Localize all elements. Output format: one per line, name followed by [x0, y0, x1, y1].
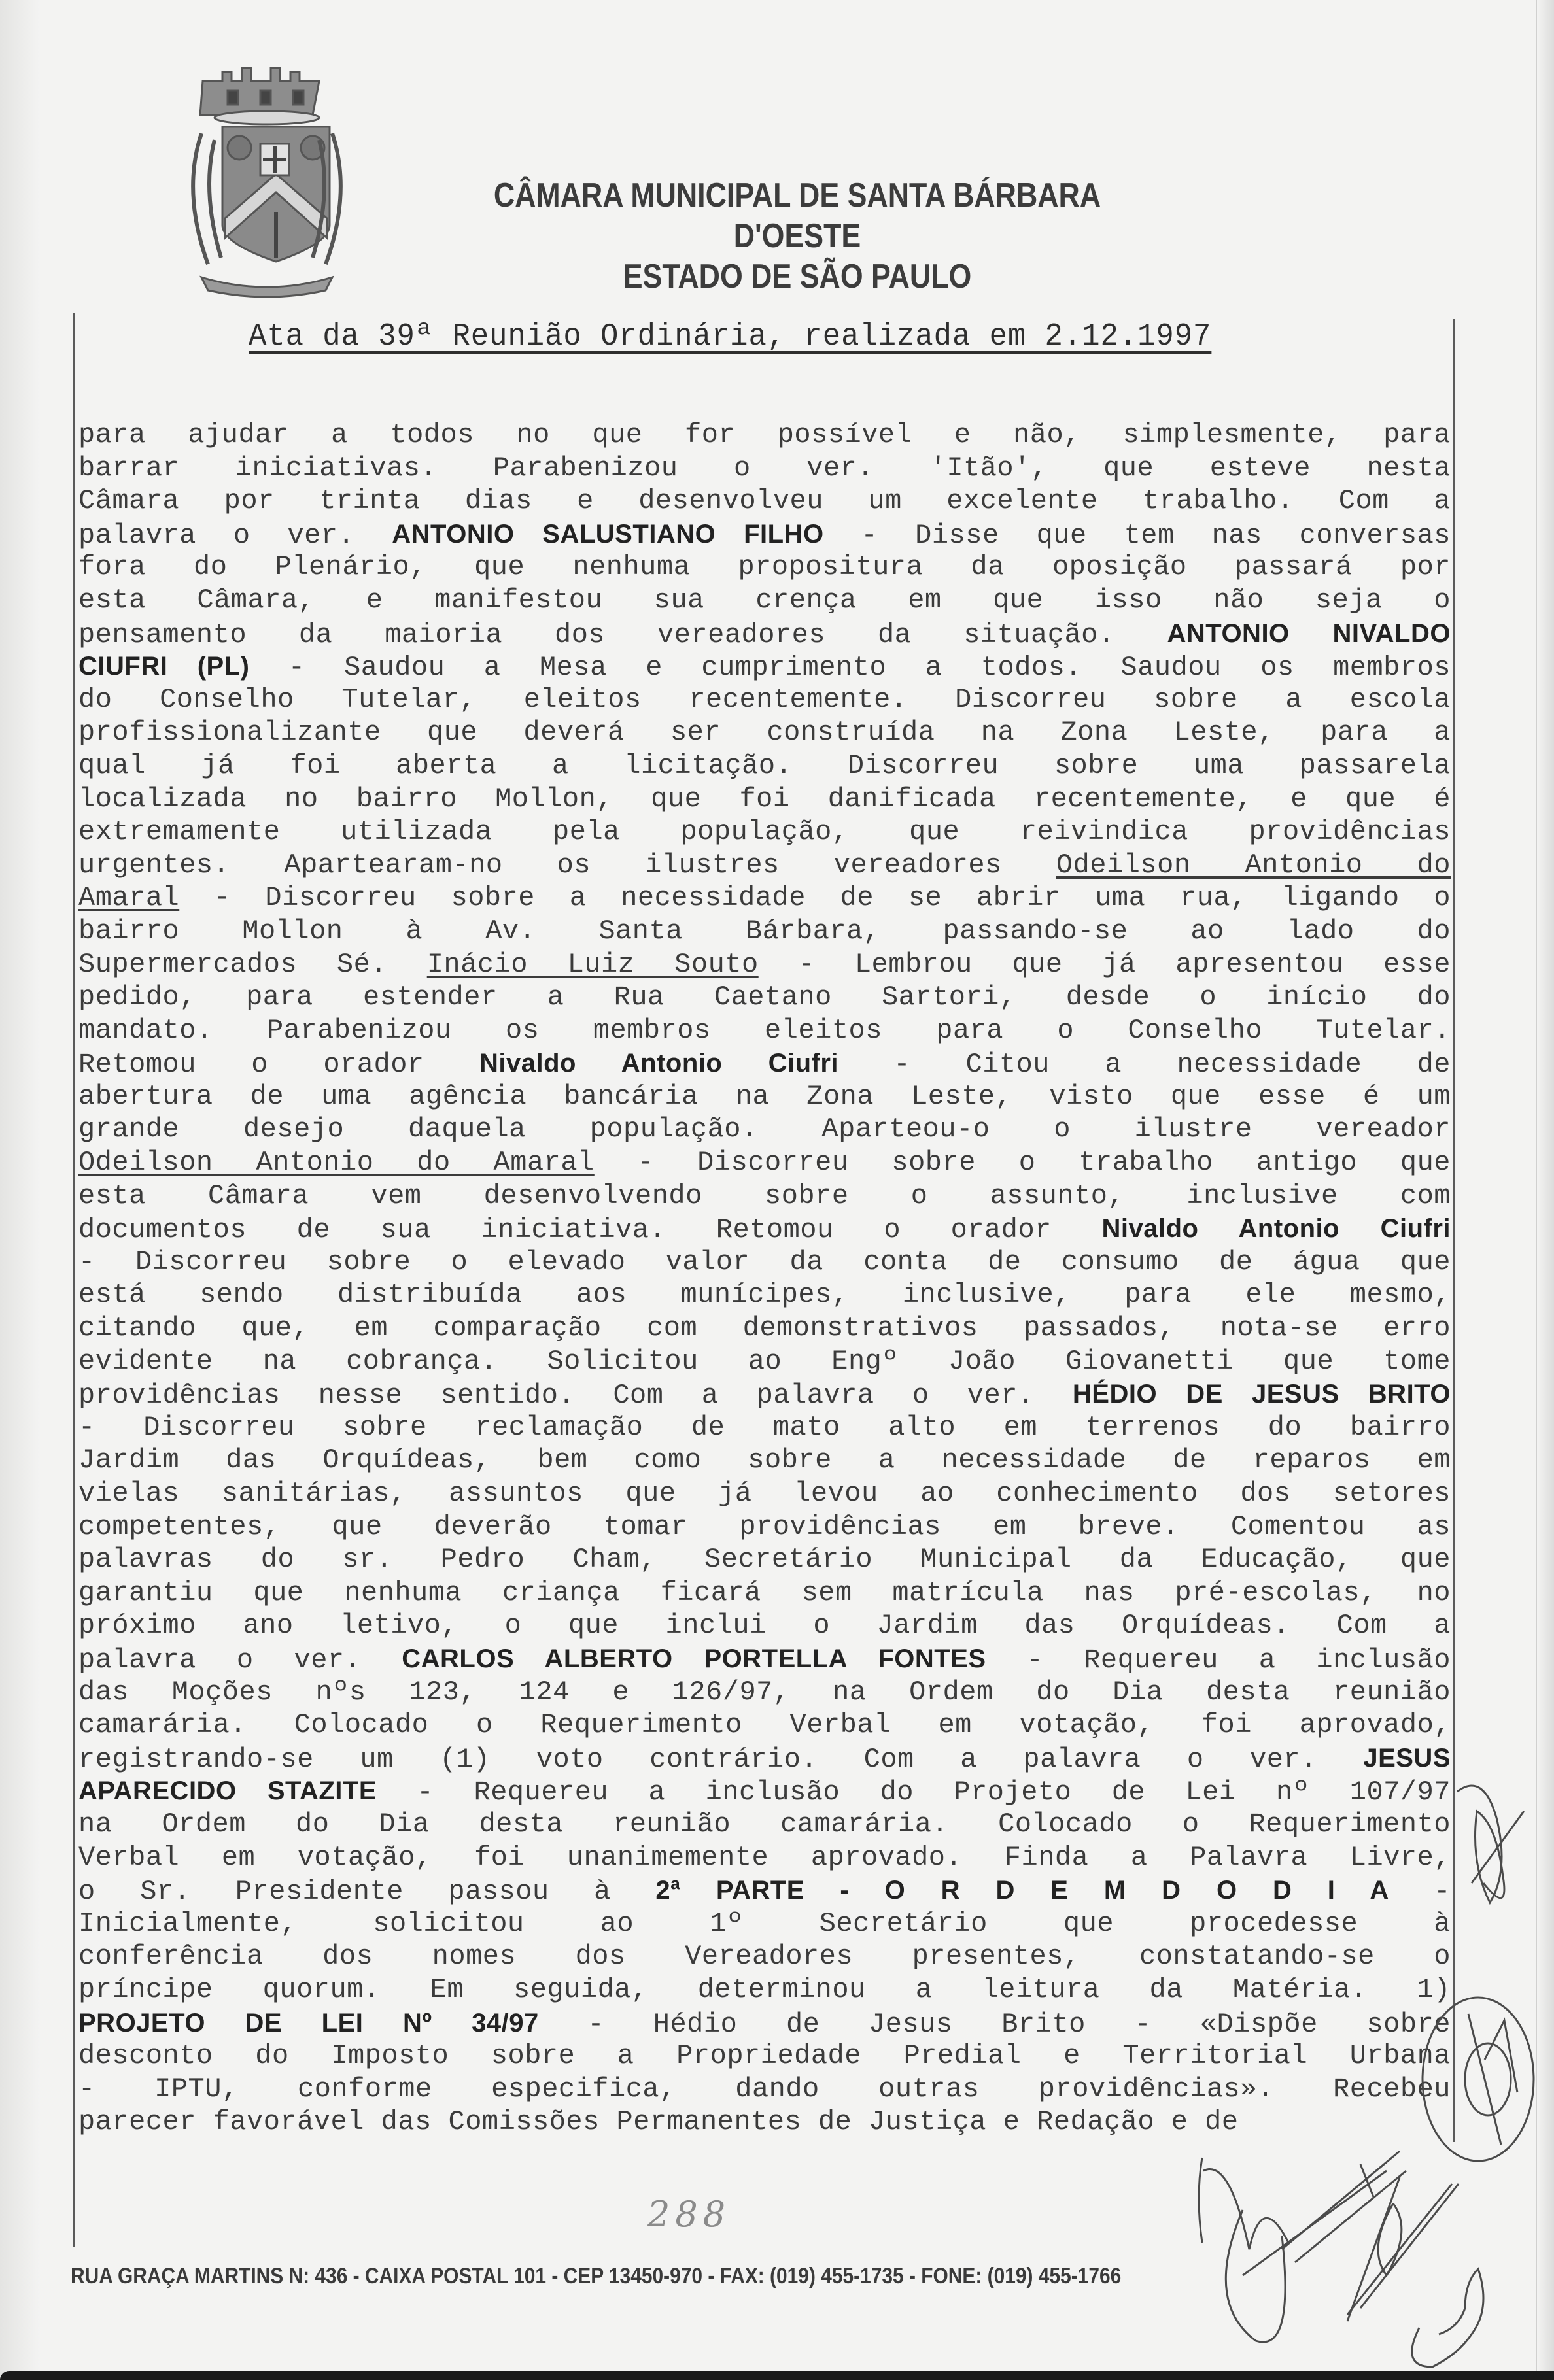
speaker-name: ANTONIO SALUSTIANO FILHO: [392, 520, 823, 549]
text-line: extremamente utilizada pela população, q…: [78, 815, 1451, 849]
signature-initials-right-1-icon: [1457, 1786, 1524, 1903]
municipal-coat-of-arms-icon: [162, 61, 371, 303]
scan-edge-left: [0, 0, 39, 2380]
text-run: Câmara por trinta dias e desenvolveu um …: [78, 485, 1451, 517]
text-line: Amaral - Discorreu sobre a necessidade d…: [78, 881, 1451, 915]
text-run: extremamente utilizada pela população, q…: [78, 816, 1451, 847]
text-run: qual já foi aberta a licitação. Discorre…: [78, 750, 1451, 781]
text-run: - Citou a necessidade de: [838, 1049, 1451, 1080]
text-line: grande desejo daquela população. Aparteo…: [78, 1113, 1451, 1146]
text-run: - Discorreu sobre o elevado valor da con…: [78, 1246, 1451, 1278]
text-run: fora do Plenário, que nenhuma propositur…: [78, 551, 1451, 583]
text-line: vielas sanitárias, assuntos que já levou…: [78, 1477, 1451, 1510]
speaker-name: HÉDIO DE JESUS BRITO: [1073, 1380, 1451, 1408]
text-line: palavra o ver. CARLOS ALBERTO PORTELLA F…: [78, 1642, 1451, 1676]
letterhead: CÂMARA MUNICIPAL DE SANTA BÁRBARA D'OEST…: [432, 175, 1163, 297]
text-run: vielas sanitárias, assuntos que já levou…: [78, 1478, 1451, 1509]
text-run: - Requereu a inclusão: [986, 1644, 1451, 1676]
text-line: bairro Mollon à Av. Santa Bárbara, passa…: [78, 915, 1451, 948]
text-run: urgentes. Apartearam-no os ilustres vere…: [78, 849, 1056, 881]
text-line: Inicialmente, solicitou ao 1º Secretário…: [78, 1907, 1451, 1941]
text-line: parecer favorável das Comissões Permanen…: [78, 2105, 1451, 2139]
speaker-name: CIUFRI (PL): [78, 652, 249, 681]
text-line: Jardim das Orquídeas, bem como sobre a n…: [78, 1444, 1451, 1477]
margin-rule-right: [1453, 319, 1455, 2142]
text-run: profissionalizante que deverá ser constr…: [78, 717, 1451, 748]
text-line: competentes, que deverão tomar providênc…: [78, 1510, 1451, 1544]
text-line: Verbal em votação, foi unanimemente apro…: [78, 1841, 1451, 1875]
text-run: - Disse que tem nas conversas: [824, 520, 1451, 551]
text-line: - Discorreu sobre o elevado valor da con…: [78, 1246, 1451, 1279]
text-line: localizada no bairro Mollon, que foi dan…: [78, 783, 1451, 816]
text-run: - Discorreu sobre a necessidade de se ab…: [179, 882, 1451, 913]
text-line: Supermercados Sé. Inácio Luiz Souto - Le…: [78, 948, 1451, 981]
aparte-speaker-name: Odeilson Antonio do: [1056, 849, 1451, 881]
institution-name: CÂMARA MUNICIPAL DE SANTA BÁRBARA D'OEST…: [432, 175, 1163, 256]
text-run: príncipe quorum. Em seguida, determinou …: [78, 1974, 1451, 2005]
text-line: na Ordem do Dia desta reunião camarária.…: [78, 1808, 1451, 1841]
handwritten-page-number: 288: [647, 2194, 731, 2235]
text-line: das Moções nºs 123, 124 e 126/97, na Ord…: [78, 1676, 1451, 1709]
text-run: providências nesse sentido. Com a palavr…: [78, 1380, 1073, 1411]
text-run: Inicialmente, solicitou ao 1º Secretário…: [78, 1908, 1451, 1939]
text-line: do Conselho Tutelar, eleitos recentement…: [78, 683, 1451, 717]
text-line: fora do Plenário, que nenhuma propositur…: [78, 551, 1451, 584]
minutes-body: para ajudar a todos no que for possível …: [78, 418, 1451, 2139]
text-line: pedido, para estender a Rua Caetano Sart…: [78, 981, 1451, 1014]
text-run: documentos de sua iniciativa. Retomou o …: [78, 1214, 1101, 1246]
text-run: -: [1389, 1876, 1451, 1907]
text-line: Câmara por trinta dias e desenvolveu um …: [78, 484, 1451, 518]
text-line: mandato. Parabenizou os membros eleitos …: [78, 1014, 1451, 1047]
text-run: - Lembrou que já apresentou esse: [759, 949, 1451, 980]
text-run: para ajudar a todos no que for possível …: [78, 419, 1451, 450]
aparte-speaker-name: Odeilson Antonio do Amaral: [78, 1147, 595, 1178]
text-run: Jardim das Orquídeas, bem como sobre a n…: [78, 1444, 1451, 1476]
text-line: para ajudar a todos no que for possível …: [78, 418, 1451, 452]
state-name: ESTADO DE SÃO PAULO: [432, 256, 1163, 297]
text-line: - Discorreu sobre reclamação de mato alt…: [78, 1411, 1451, 1444]
text-line: documentos de sua iniciativa. Retomou o …: [78, 1212, 1451, 1246]
text-line: abertura de uma agência bancária na Zona…: [78, 1080, 1451, 1113]
text-line: CIUFRI (PL) - Saudou a Mesa e cumpriment…: [78, 650, 1451, 683]
text-run: grande desejo daquela população. Aparteo…: [78, 1113, 1451, 1145]
text-run: bairro Mollon à Av. Santa Bárbara, passa…: [78, 915, 1451, 947]
text-run: Retomou o orador: [78, 1049, 479, 1080]
text-run: conferência dos nomes dos Vereadores pre…: [78, 1941, 1451, 1972]
text-run: na Ordem do Dia desta reunião camarária.…: [78, 1809, 1451, 1840]
signature-lower-corner-icon: [1412, 2269, 1483, 2367]
scan-edge-bottom: [0, 2371, 1554, 2380]
text-run: parecer favorável das Comissões Permanen…: [78, 2106, 1239, 2137]
text-line: APARECIDO STAZITE - Requereu a inclusão …: [78, 1775, 1451, 1808]
text-run: - Discorreu sobre o trabalho antigo que: [595, 1147, 1451, 1178]
text-run: do Conselho Tutelar, eleitos recentement…: [78, 684, 1451, 715]
footer-address: RUA GRAÇA MARTINS N: 436 - CAIXA POSTAL …: [71, 2264, 1121, 2289]
speaker-name: JESUS: [1363, 1744, 1451, 1773]
text-line: qual já foi aberta a licitação. Discorre…: [78, 749, 1451, 783]
text-run: garantiu que nenhuma criança ficará sem …: [78, 1577, 1451, 1608]
text-line: urgentes. Apartearam-no os ilustres vere…: [78, 849, 1451, 882]
signature-bottom-right-icon: [1347, 2177, 1459, 2321]
text-line: príncipe quorum. Em seguida, determinou …: [78, 1973, 1451, 2007]
text-run: está sendo distribuída aos munícipes, in…: [78, 1279, 1451, 1310]
text-line: citando que, em comparação com demonstra…: [78, 1312, 1451, 1345]
text-line: registrando-se um (1) voto contrário. Co…: [78, 1742, 1451, 1775]
document-title: Ata da 39ª Reunião Ordinária, realizada …: [249, 319, 1211, 354]
scan-edge-right: [1536, 0, 1554, 2380]
speaker-name: 2ª PARTE - O R D E M D O D I A: [655, 1876, 1389, 1905]
text-run: camarária. Colocado o Requerimento Verba…: [78, 1709, 1451, 1741]
speaker-name: Nivaldo Antonio Ciufri: [1101, 1214, 1451, 1243]
text-run: pedido, para estender a Rua Caetano Sart…: [78, 981, 1451, 1013]
speaker-name: APARECIDO STAZITE: [78, 1776, 377, 1805]
text-run: esta Câmara, e manifestou sua crença em …: [78, 585, 1451, 616]
text-line: profissionalizante que deverá ser constr…: [78, 716, 1451, 749]
text-line: Odeilson Antonio do Amaral - Discorreu s…: [78, 1146, 1451, 1180]
aparte-speaker-name: Inácio Luiz Souto: [427, 949, 759, 980]
text-run: barrar iniciativas. Parabenizou o ver. '…: [78, 452, 1451, 484]
text-run: - IPTU, conforme especifica, dando outra…: [78, 2073, 1451, 2105]
text-line: Retomou o orador Nivaldo Antonio Ciufri …: [78, 1047, 1451, 1080]
text-line: está sendo distribuída aos munícipes, in…: [78, 1278, 1451, 1312]
text-line: próximo ano letivo, o que inclui o Jardi…: [78, 1609, 1451, 1642]
margin-rule-left: [73, 313, 75, 2247]
text-run: registrando-se um (1) voto contrário. Co…: [78, 1744, 1363, 1775]
text-line: palavras do sr. Pedro Cham, Secretário M…: [78, 1543, 1451, 1576]
speaker-name: Nivaldo Antonio Ciufri: [479, 1049, 838, 1078]
speaker-name: PROJETO DE LEI Nº 34/97: [78, 2009, 539, 2037]
aparte-speaker-name: Amaral: [78, 882, 179, 913]
text-run: - Discorreu sobre reclamação de mato alt…: [78, 1412, 1451, 1443]
text-line: o Sr. Presidente passou à 2ª PARTE - O R…: [78, 1874, 1451, 1907]
text-run: - Saudou a Mesa e cumprimento a todos. S…: [249, 652, 1451, 683]
speaker-name: ANTONIO NIVALDO: [1167, 619, 1451, 648]
text-run: desconto do Imposto sobre a Propriedade …: [78, 2040, 1451, 2071]
text-line: evidente na cobrança. Solicitou ao Engº …: [78, 1345, 1451, 1378]
text-line: conferência dos nomes dos Vereadores pre…: [78, 1940, 1451, 1973]
text-line: pensamento da maioria dos vereadores da …: [78, 617, 1451, 651]
speaker-name: CARLOS ALBERTO PORTELLA FONTES: [402, 1644, 986, 1673]
text-run: Verbal em votação, foi unanimemente apro…: [78, 1842, 1451, 1873]
text-run: o Sr. Presidente passou à: [78, 1876, 655, 1907]
text-line: PROJETO DE LEI Nº 34/97 - Hédio de Jesus…: [78, 2007, 1451, 2040]
text-run: palavra o ver.: [78, 1644, 402, 1676]
text-run: localizada no bairro Mollon, que foi dan…: [78, 783, 1451, 815]
text-run: - Hédio de Jesus Brito - «Dispõe sobre: [539, 2009, 1451, 2040]
text-line: providências nesse sentido. Com a palavr…: [78, 1378, 1451, 1411]
text-run: palavras do sr. Pedro Cham, Secretário M…: [78, 1544, 1451, 1575]
text-line: esta Câmara vem desenvolvendo sobre o as…: [78, 1180, 1451, 1213]
text-line: - IPTU, conforme especifica, dando outra…: [78, 2073, 1451, 2106]
text-run: palavra o ver.: [78, 520, 392, 551]
text-run: esta Câmara vem desenvolvendo sobre o as…: [78, 1180, 1451, 1212]
text-line: garantiu que nenhuma criança ficará sem …: [78, 1576, 1451, 1610]
text-line: palavra o ver. ANTONIO SALUSTIANO FILHO …: [78, 518, 1451, 551]
text-run: Supermercados Sé.: [78, 949, 427, 980]
text-line: esta Câmara, e manifestou sua crença em …: [78, 584, 1451, 617]
text-run: das Moções nºs 123, 124 e 126/97, na Ord…: [78, 1676, 1451, 1708]
text-run: competentes, que deverão tomar providênc…: [78, 1511, 1451, 1542]
text-run: mandato. Parabenizou os membros eleitos …: [78, 1015, 1451, 1046]
text-run: próximo ano letivo, o que inclui o Jardi…: [78, 1610, 1451, 1641]
text-run: evidente na cobrança. Solicitou ao Engº …: [78, 1346, 1451, 1377]
text-run: pensamento da maioria dos vereadores da …: [78, 619, 1167, 651]
text-line: desconto do Imposto sobre a Propriedade …: [78, 2039, 1451, 2073]
text-run: abertura de uma agência bancária na Zona…: [78, 1081, 1451, 1112]
text-line: camarária. Colocado o Requerimento Verba…: [78, 1708, 1451, 1742]
text-line: barrar iniciativas. Parabenizou o ver. '…: [78, 452, 1451, 485]
text-run: citando que, em comparação com demonstra…: [78, 1312, 1451, 1344]
text-run: - Requereu a inclusão do Projeto de Lei …: [377, 1776, 1451, 1808]
signature-bottom-main-icon: [1199, 2151, 1406, 2342]
